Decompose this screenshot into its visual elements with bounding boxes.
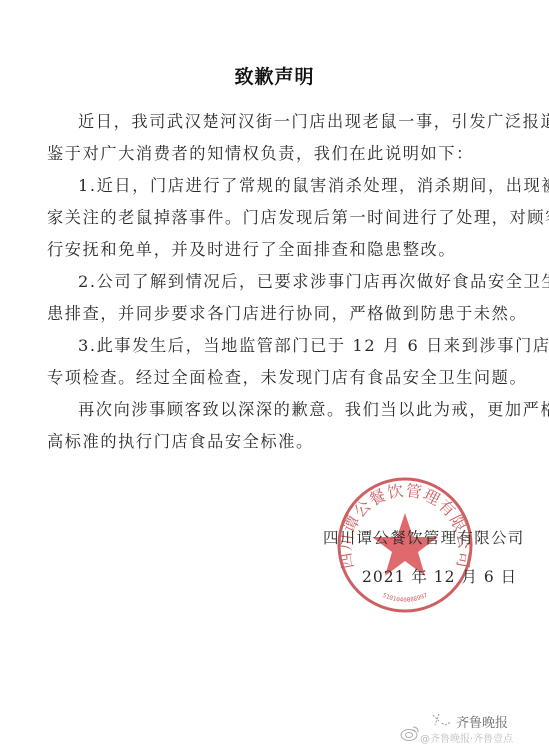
paragraph-line: 高标准的执行门店食品安全标准。 bbox=[47, 432, 517, 452]
paragraph-line: 近日，我司武汉楚河汉街一门店出现老鼠一事，引发广泛报道。 bbox=[78, 112, 548, 132]
watermark-brand: 齐鲁晚报 bbox=[456, 712, 508, 731]
paragraph-line: 3.此事发生后，当地监管部门已于 12 月 6 日来到涉事门店进行 bbox=[78, 336, 548, 356]
brand-mark-icon bbox=[430, 712, 452, 728]
paragraph-line: 患排查，并同步要求各门店进行协同，严格做到防患于未然。 bbox=[47, 304, 517, 324]
weibo-logo-icon bbox=[400, 724, 420, 742]
signature-date: 2021 年 12 月 6 日 bbox=[362, 565, 517, 587]
paragraph-line: 1.近日，门店进行了常规的鼠害消杀处理，消杀期间，出现被大 bbox=[78, 176, 548, 196]
paragraph-line: 2.公司了解到情况后，已要求涉事门店再次做好食品安全卫生隐 bbox=[78, 272, 548, 292]
document-title: 致歉声明 bbox=[0, 62, 549, 89]
paragraph-line: 再次向涉事顾客致以深深的歉意。我们当以此为戒，更加严格、 bbox=[78, 400, 548, 420]
signature-company: 四川谭公餐饮管理有限公司 bbox=[323, 526, 525, 548]
paragraph-line: 专项检查。经过全面检查，未发现门店有食品安全卫生问题。 bbox=[47, 368, 517, 388]
svg-text:5101040088997: 5101040088997 bbox=[381, 592, 429, 604]
weibo-watermark: 齐鲁晚报 @齐鲁晚报·齐鲁壹点 bbox=[398, 712, 548, 746]
paragraph-line: 家关注的老鼠掉落事件。门店发现后第一时间进行了处理，对顾客进 bbox=[47, 208, 517, 228]
paragraph-line: 行安抚和免单，并及时进行了全面排查和隐患整改。 bbox=[47, 240, 517, 260]
paragraph-line: 鉴于对广大消费者的知情权负责，我们在此说明如下： bbox=[47, 144, 517, 164]
watermark-handle: @齐鲁晚报·齐鲁壹点 bbox=[420, 730, 513, 745]
